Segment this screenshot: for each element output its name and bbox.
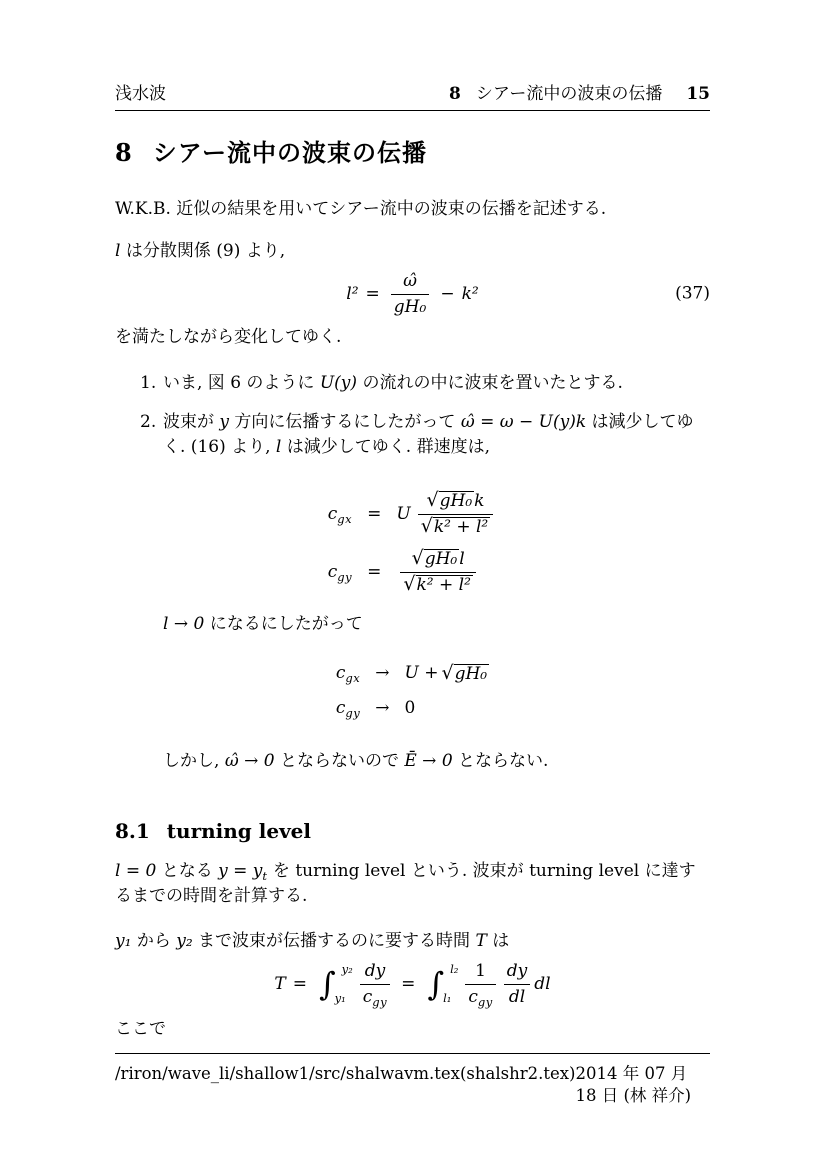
list-item-body: 波束が y 方向に伝播するにしたがって ω̂ = ω − U(y)k は減少して… bbox=[163, 410, 710, 460]
math-y: y bbox=[219, 412, 229, 432]
radical-sign: √ bbox=[427, 491, 439, 510]
integral: ∫ l₂l₁ bbox=[427, 964, 458, 1004]
integral-sign: ∫ bbox=[427, 967, 444, 1001]
integral-limits: y₂y₁ bbox=[337, 964, 353, 1004]
fraction: 1 cgy bbox=[465, 960, 495, 1009]
text-run: となる bbox=[156, 861, 218, 881]
math-y1: y₁ bbox=[115, 931, 131, 951]
math-dl: dl bbox=[534, 972, 550, 997]
upper-limit: l₂ bbox=[450, 964, 458, 975]
minus-sign: − bbox=[440, 282, 454, 307]
fraction: dy cgy bbox=[360, 960, 390, 1009]
header-section-title: シアー流中の波束の伝播 bbox=[476, 84, 663, 105]
math-U-y: U(y) bbox=[320, 373, 357, 393]
equals-sign: = bbox=[401, 972, 415, 997]
paragraph-satisfy: を満たしながら変化してゆく. bbox=[115, 325, 710, 350]
square-root: √gH₀ bbox=[441, 664, 489, 684]
paragraph-dispersion: l は分散関係 (9) より, bbox=[115, 239, 710, 264]
radicand-gH0: gH₀ bbox=[424, 549, 460, 569]
fraction: ω̂ gH₀ bbox=[391, 270, 430, 318]
square-root: √gH₀ bbox=[412, 549, 460, 569]
list-item-marker: 2. bbox=[140, 410, 163, 460]
integral-sign: ∫ bbox=[319, 967, 336, 1001]
math-y-eq-yt: y = y bbox=[218, 861, 262, 881]
equation-group-velocity: cgx = U √gH₀k √k² + l² cgy = √gH₀l √k² +… bbox=[115, 490, 710, 596]
fraction-denominator: dl bbox=[504, 984, 531, 1008]
integral: ∫ y₂y₁ bbox=[319, 964, 353, 1004]
header-section-number: 8 bbox=[449, 84, 461, 105]
math-c: c bbox=[363, 987, 373, 1007]
subscript-gx: gx bbox=[337, 512, 352, 526]
running-header: 浅水波 8 シアー流中の波束の伝播 15 bbox=[115, 84, 710, 111]
fraction: √gH₀k √k² + l² bbox=[418, 490, 494, 538]
list-item-body: いま, 図 6 のように U(y) の流れの中に波束を置いたとする. bbox=[163, 371, 710, 396]
math-omega-hat: ω̂ = ω − U(y)k bbox=[461, 412, 586, 432]
text-run: を満たしながら変化してゆく. bbox=[115, 327, 341, 347]
header-section-ref: 8 シアー流中の波束の伝播 15 bbox=[449, 84, 710, 105]
footer-date-author: 2014 年 07 月 18 日 (林 祥介) bbox=[576, 1063, 711, 1107]
paragraph-however: しかし, ω̂ → 0 とならないので Ē → 0 とならない. bbox=[163, 749, 710, 774]
list-item: 1. いま, 図 6 のように U(y) の流れの中に波束を置いたとする. bbox=[140, 371, 710, 396]
subscript-gy: gy bbox=[478, 995, 493, 1009]
equation-time-body: T = ∫ y₂y₁ dy cgy = ∫ l₂l₁ 1 cgy dy dl bbox=[274, 960, 550, 1009]
fraction-numerator: √gH₀k bbox=[418, 490, 494, 514]
math-c: c bbox=[328, 504, 338, 524]
math-E-bar-to-0: Ē → 0 bbox=[404, 751, 452, 771]
fraction: dy dl bbox=[504, 960, 531, 1008]
page-footer: /riron/wave_li/shallow1/src/shalwavm.tex… bbox=[115, 1053, 710, 1107]
text-run: 波束が bbox=[163, 412, 219, 432]
math-c: c bbox=[468, 987, 478, 1007]
math-omega-to-0: ω̂ → 0 bbox=[225, 751, 275, 771]
text-run: は減少してゆく. 群速度は, bbox=[281, 437, 490, 457]
paragraph-travel-time: y₁ から y₂ まで波束が伝播するのに要する時間 T は bbox=[115, 929, 710, 954]
math-l-squared: l² bbox=[346, 282, 358, 307]
math-l: l bbox=[459, 549, 464, 569]
fraction-numerator: ω̂ bbox=[391, 270, 430, 294]
equals-sign: = bbox=[366, 282, 380, 307]
math-y2: y₂ bbox=[176, 931, 192, 951]
section-number: 8 bbox=[115, 138, 132, 167]
subscript-gy: gy bbox=[345, 706, 360, 720]
fraction-numerator: dy bbox=[504, 960, 531, 984]
aligned-equations: cgx = U √gH₀k √k² + l² cgy = √gH₀l √k² +… bbox=[328, 490, 498, 596]
square-root: √k² + l² bbox=[403, 575, 473, 595]
cgy-rhs: √gH₀l √k² + l² bbox=[396, 548, 480, 596]
math-l-eq-0: l = 0 bbox=[115, 861, 156, 881]
lower-limit: y₁ bbox=[335, 993, 353, 1004]
subscript-gy: gy bbox=[337, 570, 352, 584]
radicand-k2l2: k² + l² bbox=[416, 575, 473, 595]
math-cgy: cgy bbox=[328, 560, 352, 585]
text-run: 方向に伝播するにしたがって bbox=[229, 412, 461, 432]
subscript-gy: gy bbox=[372, 995, 387, 1009]
square-root: √gH₀ bbox=[427, 491, 475, 511]
fraction-numerator: √gH₀l bbox=[400, 548, 476, 572]
fraction-numerator: dy bbox=[360, 960, 390, 984]
list-item: 2. 波束が y 方向に伝播するにしたがって ω̂ = ω − U(y)k は減… bbox=[140, 410, 710, 460]
list-item-marker: 1. bbox=[140, 371, 163, 396]
paragraph-here: ここで bbox=[115, 1017, 710, 1042]
fraction-denominator: cgy bbox=[465, 984, 495, 1009]
text-run: まで波束が伝播するのに要する時間 bbox=[193, 931, 476, 951]
math-c: c bbox=[336, 698, 346, 718]
equals-sign: = bbox=[352, 502, 396, 527]
section-heading: 8シアー流中の波束の伝播 bbox=[115, 138, 710, 168]
radical-sign: √ bbox=[412, 549, 424, 568]
math-k-squared: k² bbox=[462, 282, 479, 307]
paragraph-limit: l → 0 になるにしたがって bbox=[163, 612, 710, 637]
text-run: は分散関係 (9) より, bbox=[120, 241, 285, 261]
equals-sign: = bbox=[293, 972, 307, 997]
section-title: シアー流中の波束の伝播 bbox=[153, 139, 427, 167]
text-run: とならない. bbox=[453, 751, 549, 771]
paragraph-intro: W.K.B. 近似の結果を用いてシアー流中の波束の伝播を記述する. bbox=[115, 197, 710, 222]
equation-limits: cgx → U +√gH₀ cgy → 0 bbox=[115, 661, 710, 721]
fraction: √gH₀l √k² + l² bbox=[400, 548, 476, 596]
math-cgy: cgy bbox=[336, 696, 360, 721]
math-c: c bbox=[336, 663, 346, 683]
subsection-title: turning level bbox=[167, 819, 311, 843]
math-U: U bbox=[396, 502, 410, 527]
arrow-sign: → bbox=[360, 696, 404, 721]
fraction-denominator: √k² + l² bbox=[418, 514, 494, 538]
header-doc-title: 浅水波 bbox=[115, 84, 166, 105]
text-run: いま, 図 6 のように bbox=[163, 373, 320, 393]
radicand-gH0: gH₀ bbox=[439, 491, 475, 511]
equals-sign: = bbox=[352, 560, 396, 585]
math-U-plus: U + bbox=[405, 661, 439, 686]
arrow-sign: → bbox=[360, 661, 404, 686]
equation-time-integral: T = ∫ y₂y₁ dy cgy = ∫ l₂l₁ 1 cgy dy dl bbox=[115, 960, 710, 1009]
text-run: W.K.B. 近似の結果を用いてシアー流中の波束の伝播を記述する. bbox=[115, 199, 606, 219]
cgx-rhs: U √gH₀k √k² + l² bbox=[396, 490, 497, 538]
integral-limits: l₂l₁ bbox=[445, 964, 458, 1004]
numbered-list: 1. いま, 図 6 のように U(y) の流れの中に波束を置いたとする. 2.… bbox=[140, 371, 710, 460]
cgx-limit: U +√gH₀ bbox=[405, 661, 490, 686]
text-run: ここで bbox=[115, 1019, 166, 1039]
square-root: √k² + l² bbox=[421, 517, 491, 537]
equation-37: l² = ω̂ gH₀ − k² (37) bbox=[115, 270, 710, 318]
fraction-numerator: 1 bbox=[465, 960, 495, 984]
math-c: c bbox=[328, 562, 338, 582]
math-k: k bbox=[474, 491, 484, 511]
subscript-gx: gx bbox=[345, 671, 360, 685]
math-cgx: cgx bbox=[328, 502, 352, 527]
text-run: の流れの中に波束を置いたとする. bbox=[357, 373, 623, 393]
radical-sign: √ bbox=[441, 664, 453, 683]
subsection-number: 8.1 bbox=[115, 819, 150, 843]
fraction-denominator: cgy bbox=[360, 984, 390, 1009]
equation-37-body: l² = ω̂ gH₀ − k² bbox=[346, 270, 478, 318]
radical-sign: √ bbox=[421, 517, 433, 536]
text-run: は bbox=[487, 931, 509, 951]
text-run: になるにしたがって bbox=[204, 614, 362, 634]
page-number: 15 bbox=[686, 84, 710, 105]
equation-number: (37) bbox=[675, 282, 710, 307]
math-cgx: cgx bbox=[336, 661, 360, 686]
text-run: しかし, bbox=[163, 751, 225, 771]
radical-sign: √ bbox=[403, 575, 415, 594]
fraction-denominator: gH₀ bbox=[391, 294, 430, 318]
math-T: T bbox=[475, 931, 486, 951]
fraction-denominator: √k² + l² bbox=[400, 572, 476, 596]
cgy-limit: 0 bbox=[405, 696, 416, 721]
text-run: とならないので bbox=[275, 751, 405, 771]
radicand-gH0: gH₀ bbox=[454, 664, 490, 684]
footer-file-path: /riron/wave_li/shallow1/src/shalwavm.tex… bbox=[115, 1063, 576, 1107]
upper-limit: y₂ bbox=[342, 964, 353, 975]
document-page: 浅水波 8 シアー流中の波束の伝播 15 8シアー流中の波束の伝播 W.K.B.… bbox=[0, 0, 826, 1169]
math-l-to-0: l → 0 bbox=[163, 614, 204, 634]
text-run: から bbox=[131, 931, 176, 951]
paragraph-turning-level: l = 0 となる y = yt を turning level という. 波束… bbox=[115, 859, 710, 909]
radicand-k2l2: k² + l² bbox=[433, 517, 490, 537]
lower-limit: l₁ bbox=[443, 993, 458, 1004]
subsection-heading: 8.1turning level bbox=[115, 819, 710, 844]
aligned-equations: cgx → U +√gH₀ cgy → 0 bbox=[336, 661, 489, 721]
math-T: T bbox=[274, 972, 285, 997]
